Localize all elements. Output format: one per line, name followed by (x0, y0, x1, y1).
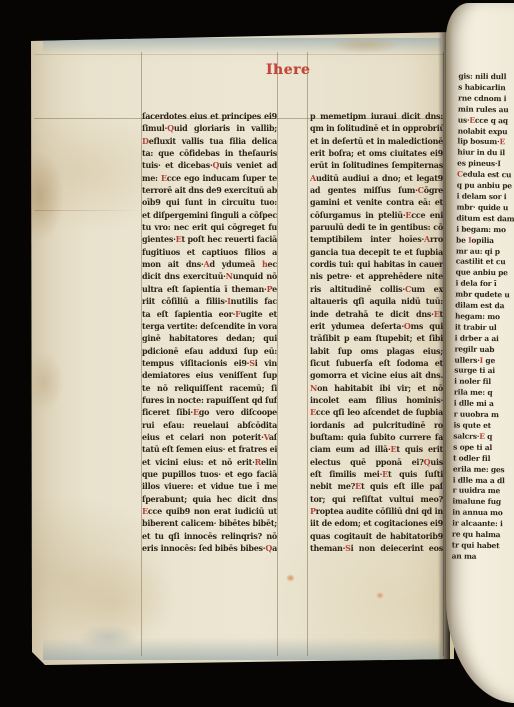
text-column-right: p memetipm iuraui dicit dns:qm in ſolitu… (310, 110, 443, 554)
rubricated-letter: C (405, 284, 411, 294)
text-line: i delam sor i (457, 191, 514, 203)
text-line: et diſpergemini ſinguli a cōſpec (142, 209, 277, 221)
text-line: riit cōſiliū a filiis·Inutilis fac (142, 295, 277, 307)
text-line: temptibilem inter hoīes·Arro (310, 233, 443, 245)
rubricated-letter: N (226, 271, 233, 281)
text-line: ciam eum ad illā·Et quis erit (310, 443, 443, 455)
rubricated-letter: A (424, 234, 430, 244)
text-line: ſperabunt; quia hec dicit dns (142, 493, 277, 505)
rubricated-letter: I (468, 235, 471, 244)
text-line: iordanis ad pulcritudinē ro (310, 419, 443, 431)
rubricated-letter: S (249, 358, 255, 368)
rubricated-letter: E (355, 481, 361, 491)
text-line: labit ſup oms plagas eius; (310, 345, 443, 357)
parchment-crease (34, 210, 142, 211)
text-line: ditum est dam (456, 213, 514, 225)
rubricated-letter: Q (265, 543, 272, 553)
rubricated-letter: P (267, 284, 273, 294)
text-line: biberent calicem· bibētes bibēt; (142, 517, 277, 529)
text-line: que pupillos tuos· et ego faciā (142, 468, 277, 480)
text-line: qm in ſolitudinē et in opprobriū (310, 122, 443, 134)
text-line: it trabir ul (455, 322, 514, 334)
parchment-stain (78, 624, 138, 650)
text-line: trāſibit p eam ſtupebit; et ſibi (310, 332, 443, 344)
rubricated-letter: Q (213, 160, 220, 170)
rubricated-letter: Q (167, 123, 174, 133)
text-line: terrorē ait dns de9 exercituū ab (142, 184, 277, 196)
rubricated-letter: C (418, 185, 424, 195)
text-line: terga vertite: deſcendite in vora (142, 320, 277, 332)
rubricated-letter: S (345, 543, 351, 553)
text-line: te nō reliquiſſent racemū; ſi (142, 382, 277, 394)
text-line: nis petre· et apprehēdere nite (310, 270, 443, 282)
text-line: ginē habitatores dedan; qui (142, 332, 277, 344)
text-line: incolet eam filius hominis· (310, 394, 443, 406)
text-line: erit boſra; et oms ciuitates ei9 (310, 147, 443, 159)
rubricated-letter: N (310, 383, 317, 393)
rubricated-letter: F (235, 309, 240, 319)
next-page-text-fragment: gis: nili dulls habicarlinrne cdnom imin… (452, 72, 514, 564)
text-line: illos viuere: et vidue tue ī me (142, 480, 277, 492)
text-line: mon ait dns·Ad ydumeā hec (142, 258, 277, 270)
text-line: erila me: ges (453, 464, 514, 476)
next-page-edge: gis: nili dulls habicarlinrne cdnom imin… (446, 3, 514, 703)
text-line: s ope ti al (453, 442, 514, 454)
manuscript-photo: Ihere ſacerdotes eius et principes ei9ſi… (0, 0, 514, 707)
rubricated-letter: E (499, 138, 505, 147)
text-line: ficeret ſibi·Ego vero diſcoope (142, 406, 277, 418)
text-line: erūt in ſolitudines ſempiternas (310, 159, 443, 171)
parchment-stain (24, 352, 64, 412)
text-line: et in deſertū et in maledictionē (310, 135, 443, 147)
text-line: tatū eſt ſemen eius· et fratres ei9 (142, 443, 277, 455)
text-line: ſimul·Quid gloriaris in vallib; (142, 122, 277, 134)
text-line: ad gentes miſſus ſum·Cōgre (310, 184, 443, 196)
text-line: i begam: mo (456, 224, 514, 236)
running-title: Ihere (266, 62, 326, 78)
text-line: buſtam: quia ſubito currere fa (310, 431, 443, 443)
text-line: min rules au (458, 104, 514, 116)
text-line: is qute et (453, 421, 514, 433)
text-line: quas cogitauit de habitatorib9 (310, 530, 443, 542)
rubricated-letter: E (382, 469, 388, 479)
text-line: nebit me?Et quis eſt ille paſ (310, 480, 443, 492)
text-line: me: Ecce ego inducam ſuper te (142, 172, 277, 184)
rubricated-letter: I (227, 296, 231, 306)
text-line: erit ydumea deſerta·Oms qui (310, 320, 443, 332)
text-line: oīb9 qui ſunt in circuitu tuo: (142, 196, 277, 208)
rubricated-letter: I (480, 355, 483, 364)
rubricated-letter: P (310, 506, 316, 516)
text-line: gancia tua decepit te et ſupbia (310, 246, 443, 258)
text-line: ultra eſt ſapientia ī theman·Pe (142, 283, 277, 295)
page-bottom-edge-tint (43, 638, 442, 660)
text-line: Non habitabit ibi vir; et nō (310, 382, 443, 394)
text-line: hegam: mo (455, 311, 514, 323)
ruling-line-horizontal (34, 54, 444, 55)
text-line: Defluxit vallis tua filia delica (142, 135, 277, 147)
text-line: demiatores eius veniſſent ſup (142, 369, 277, 381)
rubricated-letter: E (161, 173, 167, 183)
rubricated-letter: h (262, 259, 268, 269)
rubricated-letter: E (405, 210, 411, 220)
text-line: Proptea audite cōſiliū dni qd in (310, 505, 443, 517)
text-line: salcrs·E q (453, 431, 514, 443)
text-line: dicit dns exercituū·Nunquid nō (142, 270, 277, 282)
text-line: paruulū dedi te in gentibus: cō (310, 221, 443, 233)
text-line: ſacerdotes eius et principes ei9 (142, 110, 277, 122)
text-line: be Iopilia (456, 235, 514, 247)
text-line: gientes·Et poſt hec reuerti faciā (142, 233, 277, 245)
rubricated-letter: E (142, 506, 148, 516)
rubricated-letter: R (255, 457, 261, 467)
text-line: Ecce quib9 non erat iudiciū ut (142, 505, 277, 517)
rubricated-letter: A (310, 173, 316, 183)
manuscript-page: Ihere ſacerdotes eius et principes ei9ſi… (30, 32, 454, 666)
rubricated-letter: E (469, 115, 475, 124)
text-line: gomorra et vicine eius ait dns. (310, 369, 443, 381)
text-column-left: ſacerdotes eius et principes ei9ſimul·Qu… (142, 110, 277, 554)
text-line: pdicionē eſau adduxi ſup eū: (142, 345, 277, 357)
text-line: rne cdnom i (458, 93, 514, 105)
text-line: electus quē pponā ei?Quis (310, 456, 443, 468)
text-line: ſicut ſubuerſa eſt ſodoma et (310, 357, 443, 369)
text-line: regilr uab (454, 344, 514, 356)
text-line: et vicini eius: et nō erit·Relin (142, 456, 277, 468)
ruling-line-vertical (443, 52, 444, 656)
text-line: fures in nocte: rapuiſſent qd ſuf (142, 394, 277, 406)
text-line: tempus viſitacionis ei9·Si vin (142, 357, 277, 369)
text-line: Ecce qſi leo aſcendet de ſupbia (310, 406, 443, 418)
red-ink-spot (376, 592, 384, 599)
text-line: inde detrahā te dicit dns·Et (310, 308, 443, 320)
red-ink-spot (286, 574, 295, 582)
text-line: mbr· quide u (456, 202, 514, 214)
rubricated-letter: Q (424, 457, 431, 467)
page-top-edge-tint (43, 38, 442, 54)
text-line: s habicarlin (458, 82, 514, 94)
text-line: eris innocēs: ſed bibēs bibes·Qa (142, 542, 277, 554)
rubricated-letter: E (193, 407, 199, 417)
text-line: ta eſt ſapientia eor·Fugite et (142, 308, 277, 320)
text-line: fugitiuos et captiuos filios a (142, 246, 277, 258)
text-line: tor; qui reſiſtat vultui meo? (310, 493, 443, 505)
parchment-stain (16, 152, 64, 242)
rubricated-letter: E (310, 407, 316, 417)
text-line: cōſurgamus in pteliū·Ecce eni (310, 209, 443, 221)
rubricated-letter: V (264, 432, 269, 442)
text-line: eius et celari non poterit·Vaſ (142, 431, 277, 443)
text-line: t odler fil (453, 453, 514, 465)
text-line: et tu qſi innocēs relinqris? nō (142, 530, 277, 542)
text-line: ris altitudinē collis·Cum ex (310, 283, 443, 295)
rubricated-letter: O (404, 321, 411, 331)
text-line: gis: nili dull (458, 72, 514, 84)
rubricated-letter: E (176, 234, 182, 244)
text-line: rui eſau: reuelaui abſcōdita (142, 419, 277, 431)
text-line: ta: que cōfidebas in theſauris (142, 147, 277, 159)
parchment-stain (330, 36, 400, 54)
text-line: Auditū audiui a dno; et legat9 (310, 172, 443, 184)
rubricated-letter: E (479, 432, 485, 441)
ruling-line-vertical (277, 52, 278, 656)
text-line: us·Ecce q aq (458, 115, 514, 127)
text-line: tr qui habet (452, 540, 514, 552)
text-line: tuis· et dicebas·Quis veniet ad (142, 159, 277, 171)
text-line: gamini et venite contra eā: et (310, 196, 443, 208)
rubricated-letter: E (391, 444, 397, 454)
text-line: i drber a ai (455, 333, 514, 345)
rubricated-letter: C (457, 170, 463, 179)
rubricated-letter: D (142, 136, 149, 146)
rubricated-letter: A (204, 259, 210, 269)
text-line: theman·Si non deiecerint eos (310, 542, 443, 554)
ruling-line-vertical (307, 52, 308, 656)
rubricated-letter: E (434, 309, 440, 319)
text-line: cordis tui: qui habitas in cauer (310, 258, 443, 270)
text-line: an ma (452, 551, 514, 563)
text-line: p memetipm iuraui dicit dns: (310, 110, 443, 122)
parchment-stain (48, 552, 178, 652)
text-line: iit de edom; et cogitaciones ei9 (310, 517, 443, 529)
text-line: tu vro: nec erit qui cōgreget fu (142, 221, 277, 233)
text-line: eſt ſimilis mei·Et quis ſuſti (310, 468, 443, 480)
text-line: altaueris qſi aquila nidū tuū: (310, 295, 443, 307)
